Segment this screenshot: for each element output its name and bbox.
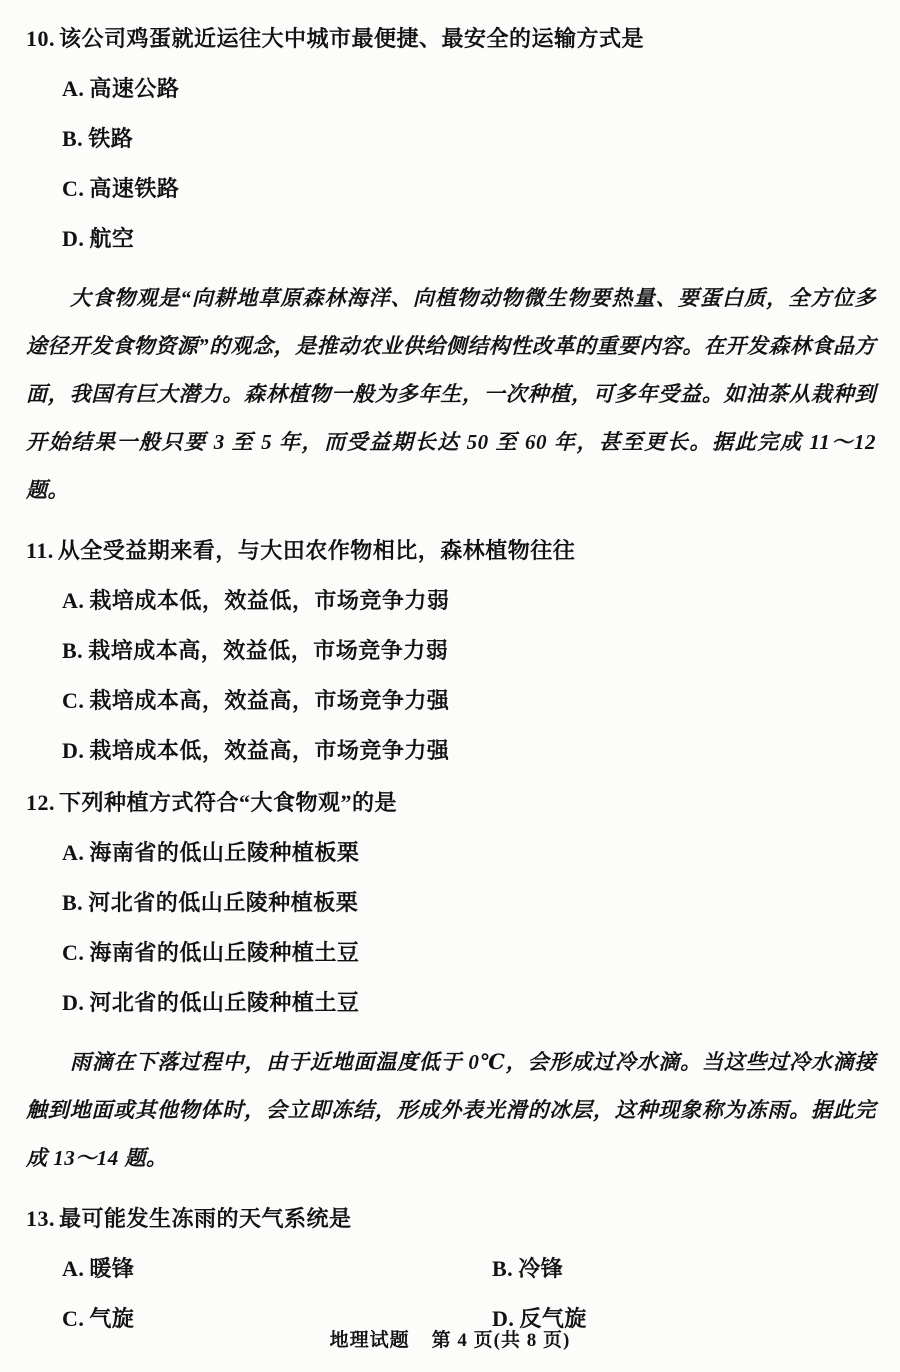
question-stem-text: 最可能发生冻雨的天气系统是 xyxy=(59,1206,352,1231)
question-11: 11.从全受益期来看，与大田农作物相比，森林植物往往 A.栽培成本低，效益低，市… xyxy=(26,536,876,766)
option-text: 航空 xyxy=(89,226,134,251)
option-text: 栽培成本高，效益低，市场竞争力弱 xyxy=(88,638,448,663)
question-12-stem: 12.下列种植方式符合“大食物观”的是 xyxy=(26,788,876,818)
exam-page: 10.该公司鸡蛋就近运往大中城市最便捷、最安全的运输方式是 A.高速公路 B.铁… xyxy=(0,0,900,1372)
option-label: D. xyxy=(62,990,84,1015)
question-number: 10. xyxy=(26,26,55,51)
passage-freezing-rain: 雨滴在下落过程中，由于近地面温度低于 0℃，会形成过冷水滴。当这些过冷水滴接触到… xyxy=(26,1038,876,1182)
option-label: A. xyxy=(62,840,84,865)
question-10-stem: 10.该公司鸡蛋就近运往大中城市最便捷、最安全的运输方式是 xyxy=(26,24,876,54)
question-11-option-a: A.栽培成本低，效益低，市场竞争力弱 xyxy=(62,586,876,616)
question-11-option-d: D.栽培成本低，效益高，市场竞争力强 xyxy=(62,736,876,766)
question-number: 11. xyxy=(26,538,54,563)
option-label: C. xyxy=(62,176,84,201)
option-text: 海南省的低山丘陵种植土豆 xyxy=(89,940,359,965)
question-12-option-a: A.海南省的低山丘陵种植板栗 xyxy=(62,838,876,868)
question-12: 12.下列种植方式符合“大食物观”的是 A.海南省的低山丘陵种植板栗 B.河北省… xyxy=(26,788,876,1018)
question-11-option-b: B.栽培成本高，效益低，市场竞争力弱 xyxy=(62,636,876,666)
option-label: D. xyxy=(62,226,84,251)
option-label: B. xyxy=(62,638,83,663)
question-stem-text: 该公司鸡蛋就近运往大中城市最便捷、最安全的运输方式是 xyxy=(59,26,644,51)
question-12-option-b: B.河北省的低山丘陵种植板栗 xyxy=(62,888,876,918)
question-11-stem: 11.从全受益期来看，与大田农作物相比，森林植物往往 xyxy=(26,536,876,566)
question-10-option-d: D.航空 xyxy=(62,224,876,254)
question-stem-text: 从全受益期来看，与大田农作物相比，森林植物往往 xyxy=(58,538,576,563)
option-label: B. xyxy=(62,126,83,151)
question-number: 12. xyxy=(26,790,55,815)
option-label: A. xyxy=(62,1256,84,1281)
question-12-option-d: D.河北省的低山丘陵种植土豆 xyxy=(62,988,876,1018)
page-footer: 地理试题第 4 页(共 8 页) xyxy=(0,1325,900,1352)
question-13-option-a: A.暖锋 xyxy=(62,1254,492,1284)
question-stem-text: 下列种植方式符合“大食物观”的是 xyxy=(59,790,397,815)
question-13-stem: 13.最可能发生冻雨的天气系统是 xyxy=(26,1204,876,1234)
option-label: B. xyxy=(62,890,83,915)
question-11-options: A.栽培成本低，效益低，市场竞争力弱 B.栽培成本高，效益低，市场竞争力弱 C.… xyxy=(62,586,876,766)
question-10-option-c: C.高速铁路 xyxy=(62,174,876,204)
option-text: 暖锋 xyxy=(89,1256,134,1281)
option-label: A. xyxy=(62,76,84,101)
option-text: 高速公路 xyxy=(89,76,179,101)
option-text: 栽培成本高，效益高，市场竞争力强 xyxy=(89,688,449,713)
question-12-options: A.海南省的低山丘陵种植板栗 B.河北省的低山丘陵种植板栗 C.海南省的低山丘陵… xyxy=(62,838,876,1018)
option-label: D. xyxy=(62,738,84,763)
option-label: B. xyxy=(492,1256,513,1281)
question-12-option-c: C.海南省的低山丘陵种植土豆 xyxy=(62,938,876,968)
option-text: 海南省的低山丘陵种植板栗 xyxy=(89,840,359,865)
option-text: 高速铁路 xyxy=(89,176,179,201)
question-13: 13.最可能发生冻雨的天气系统是 A.暖锋 B.冷锋 C.气旋 D.反气旋 xyxy=(26,1204,876,1334)
question-10: 10.该公司鸡蛋就近运往大中城市最便捷、最安全的运输方式是 A.高速公路 B.铁… xyxy=(26,24,876,254)
question-13-options: A.暖锋 B.冷锋 C.气旋 D.反气旋 xyxy=(62,1234,876,1334)
option-label: C. xyxy=(62,940,84,965)
option-label: C. xyxy=(62,688,84,713)
footer-page-number: 第 4 页(共 8 页) xyxy=(432,1330,571,1351)
option-text: 栽培成本低，效益高，市场竞争力强 xyxy=(89,738,449,763)
option-text: 栽培成本低，效益低，市场竞争力弱 xyxy=(89,588,449,613)
question-10-option-a: A.高速公路 xyxy=(62,74,876,104)
question-10-option-b: B.铁路 xyxy=(62,124,876,154)
option-label: A. xyxy=(62,588,84,613)
option-text: 冷锋 xyxy=(518,1256,563,1281)
question-10-options: A.高速公路 B.铁路 C.高速铁路 D.航空 xyxy=(62,74,876,254)
passage-food-concept: 大食物观是“向耕地草原森林海洋、向植物动物微生物要热量、要蛋白质，全方位多途径开… xyxy=(26,274,876,514)
footer-paper-title: 地理试题 xyxy=(330,1330,410,1351)
question-13-option-b: B.冷锋 xyxy=(492,1254,876,1284)
option-text: 河北省的低山丘陵种植板栗 xyxy=(88,890,358,915)
option-text: 河北省的低山丘陵种植土豆 xyxy=(89,990,359,1015)
question-number: 13. xyxy=(26,1206,55,1231)
question-11-option-c: C.栽培成本高，效益高，市场竞争力强 xyxy=(62,686,876,716)
option-text: 铁路 xyxy=(88,126,133,151)
